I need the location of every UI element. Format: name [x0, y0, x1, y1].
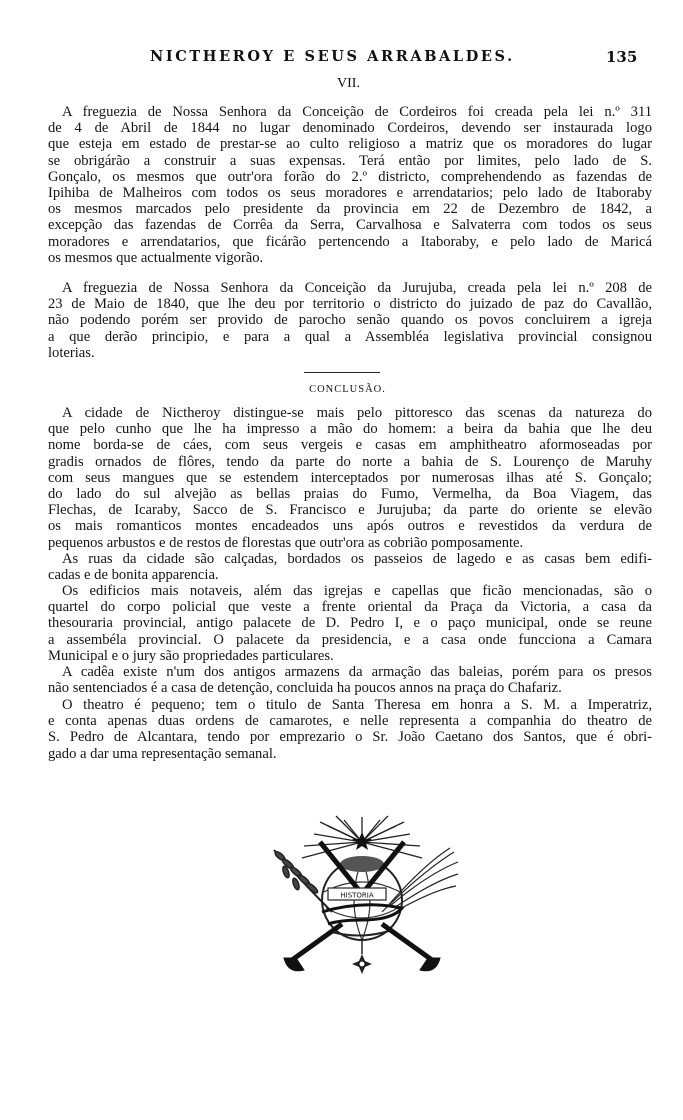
paragraph-jail: A cadêa existe n'um dos antigos armazens…: [48, 664, 652, 696]
text-line: A cadêa existe n'um dos antigos armazens…: [48, 664, 652, 680]
paragraph-jurujuba: A freguezia de Nossa Senhora da Conceiçã…: [48, 280, 652, 361]
paragraph-streets: As ruas da cidade são calçadas, bordados…: [48, 551, 652, 583]
section-divider: [304, 372, 380, 373]
text-line: gado a dar uma representação semanal.: [48, 746, 652, 762]
emblem-ribbon-text: HISTORIA: [340, 892, 373, 900]
text-line: Ipihiba de Malheiros com todos os seus m…: [48, 185, 652, 201]
text-line: gradis ornados de flôres, tendo da parte…: [48, 454, 652, 470]
text-line: com seus mangues que se estendem interce…: [48, 470, 652, 486]
paragraph-buildings: Os edificios mais notaveis, além das igr…: [48, 583, 652, 664]
text-line: pequenos arbustos e de restos de florest…: [48, 535, 652, 551]
paragraph-nictheroy-nature: A cidade de Nictheroy distingue-se mais …: [48, 405, 652, 551]
text-line: os mais romanticos montes encadeados uns…: [48, 518, 652, 534]
text-line: que pelo cunho que lhe ha impresso a mão…: [48, 421, 652, 437]
section-number: VII.: [0, 76, 683, 92]
text-line: Os edificios mais notaveis, além das igr…: [48, 583, 652, 599]
text-line: A cidade de Nictheroy distingue-se mais …: [48, 405, 652, 421]
text-line: S. Pedro de Alcantara, tendo por empreza…: [48, 729, 652, 745]
paragraph-theatre: O theatro é pequeno; tem o titulo de San…: [48, 697, 652, 762]
text-line: A freguezia de Nossa Senhora da Conceiçã…: [48, 104, 652, 120]
text-line: nome borda-se de cáes, com seus vergeis …: [48, 437, 652, 453]
text-line: excepção das fazendas de Corrêa da Serra…: [48, 217, 652, 233]
text-line: de 4 de Abril de 1844 no lugar denominad…: [48, 120, 652, 136]
text-line: os mesmos marcados pelo presidente da pr…: [48, 201, 652, 217]
text-line: moradores e arrendatarios, que ficárão p…: [48, 234, 652, 250]
text-line: As ruas da cidade são calçadas, bordados…: [48, 551, 652, 567]
page-number: 135: [606, 48, 637, 66]
paragraph-cordeiros: A freguezia de Nossa Senhora da Conceiçã…: [48, 104, 652, 266]
text-line: loterias.: [48, 345, 652, 361]
text-line: do lado do sul alvejão as bellas praias …: [48, 486, 652, 502]
book-page: NICTHEROY E SEUS ARRABALDES. 135 VII. A …: [0, 0, 683, 1120]
text-line: Gonçalo, os mesmos que outr'ora forão do…: [48, 169, 652, 185]
text-line: a assembéla provincial. O palacete da pr…: [48, 632, 652, 648]
text-line: os mesmos que actualmente vigorão.: [48, 250, 652, 266]
running-title: NICTHEROY E SEUS ARRABALDES.: [150, 48, 570, 65]
text-line: não podendo porém ser provido de parocho…: [48, 312, 652, 328]
text-line: O theatro é pequeno; tem o titulo de San…: [48, 697, 652, 713]
text-line: Flechas, de Icaraby, Sacco de S. Francis…: [48, 502, 652, 518]
text-line: não sentenciados é a casa de detenção, c…: [48, 680, 652, 696]
historia-emblem-icon: HISTORIA: [262, 812, 462, 982]
text-line: 23 de Maio de 1840, que lhe deu por terr…: [48, 296, 652, 312]
text-line: Municipal e o jury são propriedades part…: [48, 648, 652, 664]
conclusion-heading: CONCLUSÃO.: [0, 384, 683, 395]
text-line: quartel do corpo policial que veste a fr…: [48, 599, 652, 615]
text-line: a que derão principio, e para a qual a A…: [48, 329, 652, 345]
text-line: se obrigárão a construir a suas expensas…: [48, 153, 652, 169]
text-line: cadas e de bonita apparencia.: [48, 567, 652, 583]
text-line: que esteja em estado de prestar-se ao cu…: [48, 136, 652, 152]
text-line: thesouraria provincial, antigo palacete …: [48, 615, 652, 631]
text-line: e conta apenas duas ordens de camarotes,…: [48, 713, 652, 729]
text-line: A freguezia de Nossa Senhora da Conceiçã…: [48, 280, 652, 296]
